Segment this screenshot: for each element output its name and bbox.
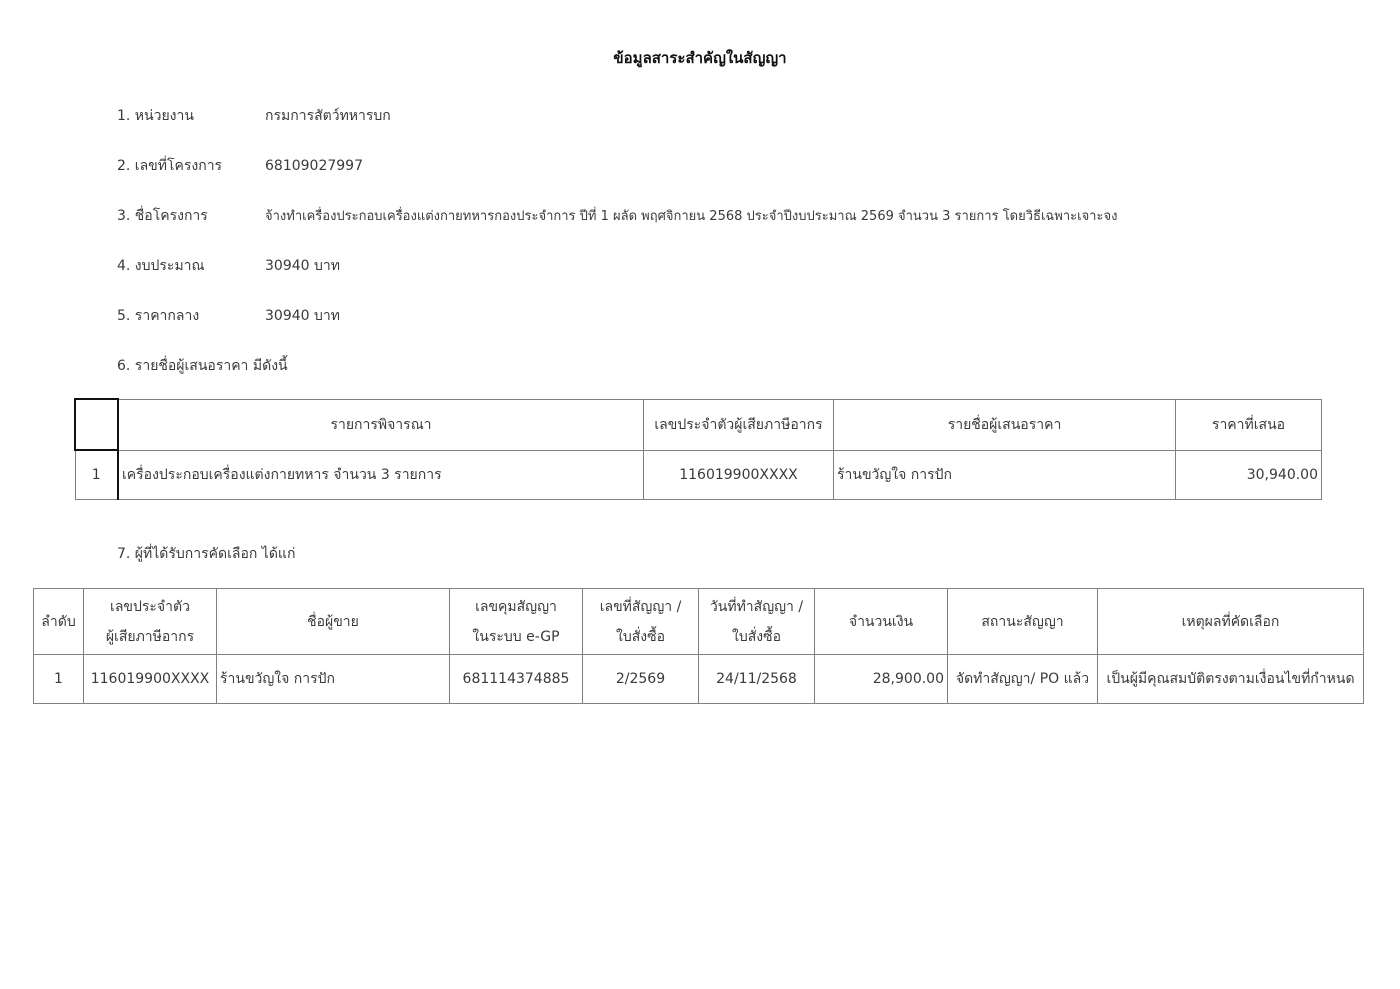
field-label: 5. ราคากลาง [117, 305, 265, 327]
field-value: 68109027997 [265, 158, 363, 174]
section6-heading: 6. รายชื่อผู้เสนอราคา มีดังนี้ [117, 355, 288, 377]
winners-table: ลำดับ เลขประจำตัวผู้เสียภาษีอากร ชื่อผู้… [33, 588, 1364, 704]
document-title: ข้อมูลสาระสำคัญในสัญญา [0, 46, 1400, 70]
header-cell: เลขคุมสัญญาในระบบ e-GP [450, 589, 583, 655]
cell-contract-status: จัดทำสัญญา/ PO แล้ว [948, 655, 1098, 704]
section7-heading: 7. ผู้ที่ได้รับการคัดเลือก ได้แก่ [117, 543, 295, 565]
field-median-price: 5. ราคากลาง30940 บาท [117, 305, 340, 327]
cell-contract-date: 24/11/2568 [699, 655, 815, 704]
bidders-table: รายการพิจารณา เลขประจำตัวผู้เสียภาษีอากร… [74, 398, 1322, 500]
header-cell: เลขที่สัญญา /ใบสั่งซื้อ [583, 589, 699, 655]
field-value: กรมการสัตว์ทหารบก [265, 105, 391, 127]
field-label: 3. ชื่อโครงการ [117, 205, 265, 227]
cell-item: เครื่องประกอบเครื่องแต่งกายทหาร จำนวน 3 … [118, 450, 644, 500]
field-value: 30940 บาท [265, 255, 340, 277]
cell-index: 1 [34, 655, 84, 704]
cell-tax-id: 116019900XXXX [84, 655, 217, 704]
cell-seller-name: ร้านขวัญใจ การปัก [217, 655, 450, 704]
header-cell: ลำดับ [34, 589, 84, 655]
field-budget: 4. งบประมาณ30940 บาท [117, 255, 340, 277]
field-label: 2. เลขที่โครงการ [117, 155, 265, 177]
cell-offered-price: 30,940.00 [1176, 450, 1322, 500]
header-cell: เหตุผลที่คัดเลือก [1098, 589, 1364, 655]
field-project-name: 3. ชื่อโครงการจ้างทำเครื่องประกอบเครื่อง… [117, 205, 1117, 227]
header-cell: รายการพิจารณา [118, 399, 644, 450]
cell-amount: 28,900.00 [815, 655, 948, 704]
header-cell: สถานะสัญญา [948, 589, 1098, 655]
cell-index: 1 [75, 450, 118, 500]
header-cell: เลขประจำตัวผู้เสียภาษีอากร [84, 589, 217, 655]
table-row: 1 เครื่องประกอบเครื่องแต่งกายทหาร จำนวน … [75, 450, 1322, 500]
header-cell: จำนวนเงิน [815, 589, 948, 655]
cell-contract-number: 2/2569 [583, 655, 699, 704]
field-value: 30940 บาท [265, 305, 340, 327]
field-agency: 1. หน่วยงานกรมการสัตว์ทหารบก [117, 105, 391, 127]
table-row: 1 116019900XXXX ร้านขวัญใจ การปัก 681114… [34, 655, 1364, 704]
table-header-row: รายการพิจารณา เลขประจำตัวผู้เสียภาษีอากร… [75, 399, 1322, 450]
header-cell: ราคาที่เสนอ [1176, 399, 1322, 450]
header-cell [75, 399, 118, 450]
field-label: 1. หน่วยงาน [117, 105, 265, 127]
header-cell: เลขประจำตัวผู้เสียภาษีอากร [644, 399, 834, 450]
table-header-row: ลำดับ เลขประจำตัวผู้เสียภาษีอากร ชื่อผู้… [34, 589, 1364, 655]
cell-selection-reason: เป็นผู้มีคุณสมบัติตรงตามเงื่อนไขที่กำหนด [1098, 655, 1364, 704]
header-cell: ชื่อผู้ขาย [217, 589, 450, 655]
field-value: จ้างทำเครื่องประกอบเครื่องแต่งกายทหารกอง… [265, 205, 1117, 226]
field-project-number: 2. เลขที่โครงการ68109027997 [117, 155, 363, 177]
cell-bidder-name: ร้านขวัญใจ การปัก [834, 450, 1176, 500]
cell-tax-id: 116019900XXXX [644, 450, 834, 500]
header-cell: วันที่ทำสัญญา /ใบสั่งซื้อ [699, 589, 815, 655]
field-label: 4. งบประมาณ [117, 255, 265, 277]
header-cell: รายชื่อผู้เสนอราคา [834, 399, 1176, 450]
cell-egp-number: 681114374885 [450, 655, 583, 704]
